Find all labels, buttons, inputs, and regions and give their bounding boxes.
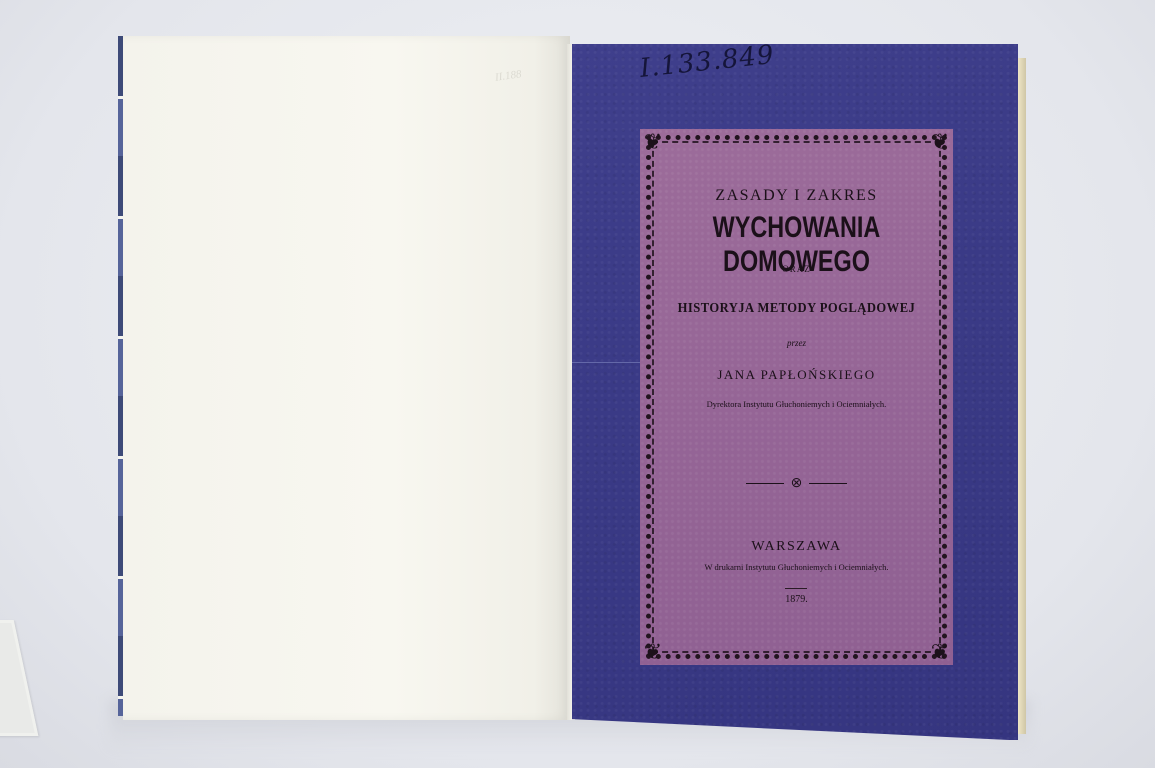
corner-flourish-icon: ❦ — [642, 131, 664, 153]
printer: W drukarni Instytutu Głuchoniemych i Oci… — [640, 562, 953, 572]
publication-year: 1879. — [640, 594, 953, 605]
background-object — [0, 620, 38, 736]
by-line: przez — [640, 338, 953, 348]
knot-ornament-icon: ⊗ — [791, 475, 803, 492]
publication-place: WARSZAWA — [640, 539, 953, 555]
left-flyleaf-page: II.188 — [123, 36, 570, 720]
author-title: Dyrektora Instytutu Głuchoniemych i Ocie… — [640, 399, 953, 409]
corner-flourish-icon: ❦ — [929, 641, 951, 663]
pencil-mark: II.188 — [494, 68, 522, 84]
title-line-1: ZASADY I ZAKRES — [640, 187, 953, 205]
title-label: ❦ ❦ ❦ ❦ ZASADY I ZAKRES WYCHOWANIA DOMOW… — [640, 129, 953, 665]
cover-crease — [572, 362, 644, 363]
corner-flourish-icon: ❦ — [642, 641, 664, 663]
corner-flourish-icon: ❦ — [929, 131, 951, 153]
book-photo: II.188 I.133.849 ❦ ❦ ❦ ❦ ZASADY I ZAKRES… — [0, 0, 1155, 768]
ornament-rule — [746, 483, 784, 484]
ornament-rule — [809, 483, 847, 484]
subtitle: HISTORYJA METODY POGLĄDOWEJ — [656, 301, 938, 317]
center-ornament: ⊗ — [640, 475, 953, 492]
author-name: JANA PAPŁOŃSKIEGO — [640, 367, 953, 383]
short-rule — [785, 588, 807, 589]
title-conjunction: ORAZ — [640, 264, 953, 274]
